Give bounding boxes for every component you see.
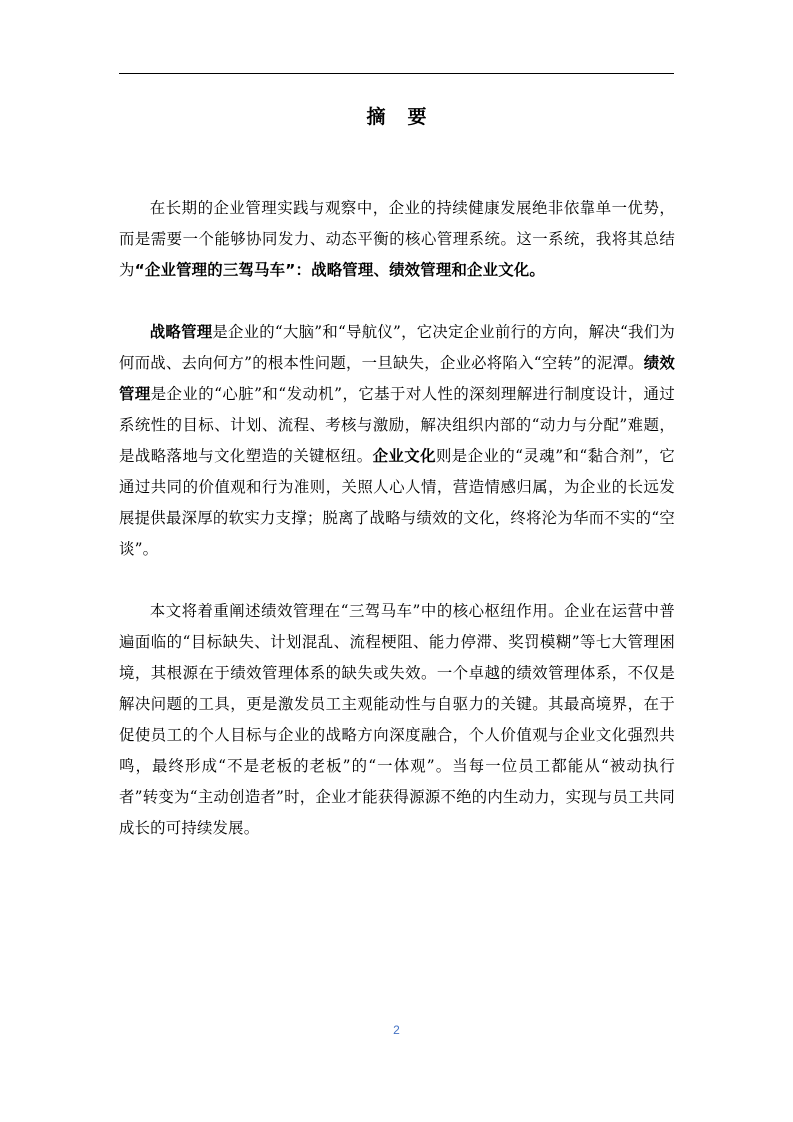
title-char-2: 要 <box>408 102 427 129</box>
abstract-body: 在长期的企业管理实践与观察中，企业的持续健康发展绝非依靠单一优势，而是需要一个能… <box>119 193 675 844</box>
title-char-1: 摘 <box>366 102 385 129</box>
intro-bold-three-carriages: “企业管理的三驾马车”：战略管理、绩效管理和企业文化。 <box>135 261 545 279</box>
page-number: 2 <box>0 1023 793 1037</box>
focus-text: 本文将着重阐述绩效管理在“三驾马车”中的核心枢纽作用。企业在运营中普遍面临的“目… <box>119 602 675 837</box>
paragraph-focus: 本文将着重阐述绩效管理在“三驾马车”中的核心枢纽作用。企业在运营中普遍面临的“目… <box>119 596 675 844</box>
page-title: 摘要 <box>0 102 793 129</box>
term-corporate-culture: 企业文化 <box>373 447 436 465</box>
term-strategy-management: 战略管理 <box>150 323 213 341</box>
paragraph-three-pillars: 战略管理是企业的“大脑”和“导航仪”，它决定企业前行的方向，解决“我们为何而战、… <box>119 317 675 565</box>
paragraph-intro: 在长期的企业管理实践与观察中，企业的持续健康发展绝非依靠单一优势，而是需要一个能… <box>119 193 675 286</box>
header-rule <box>119 73 674 74</box>
